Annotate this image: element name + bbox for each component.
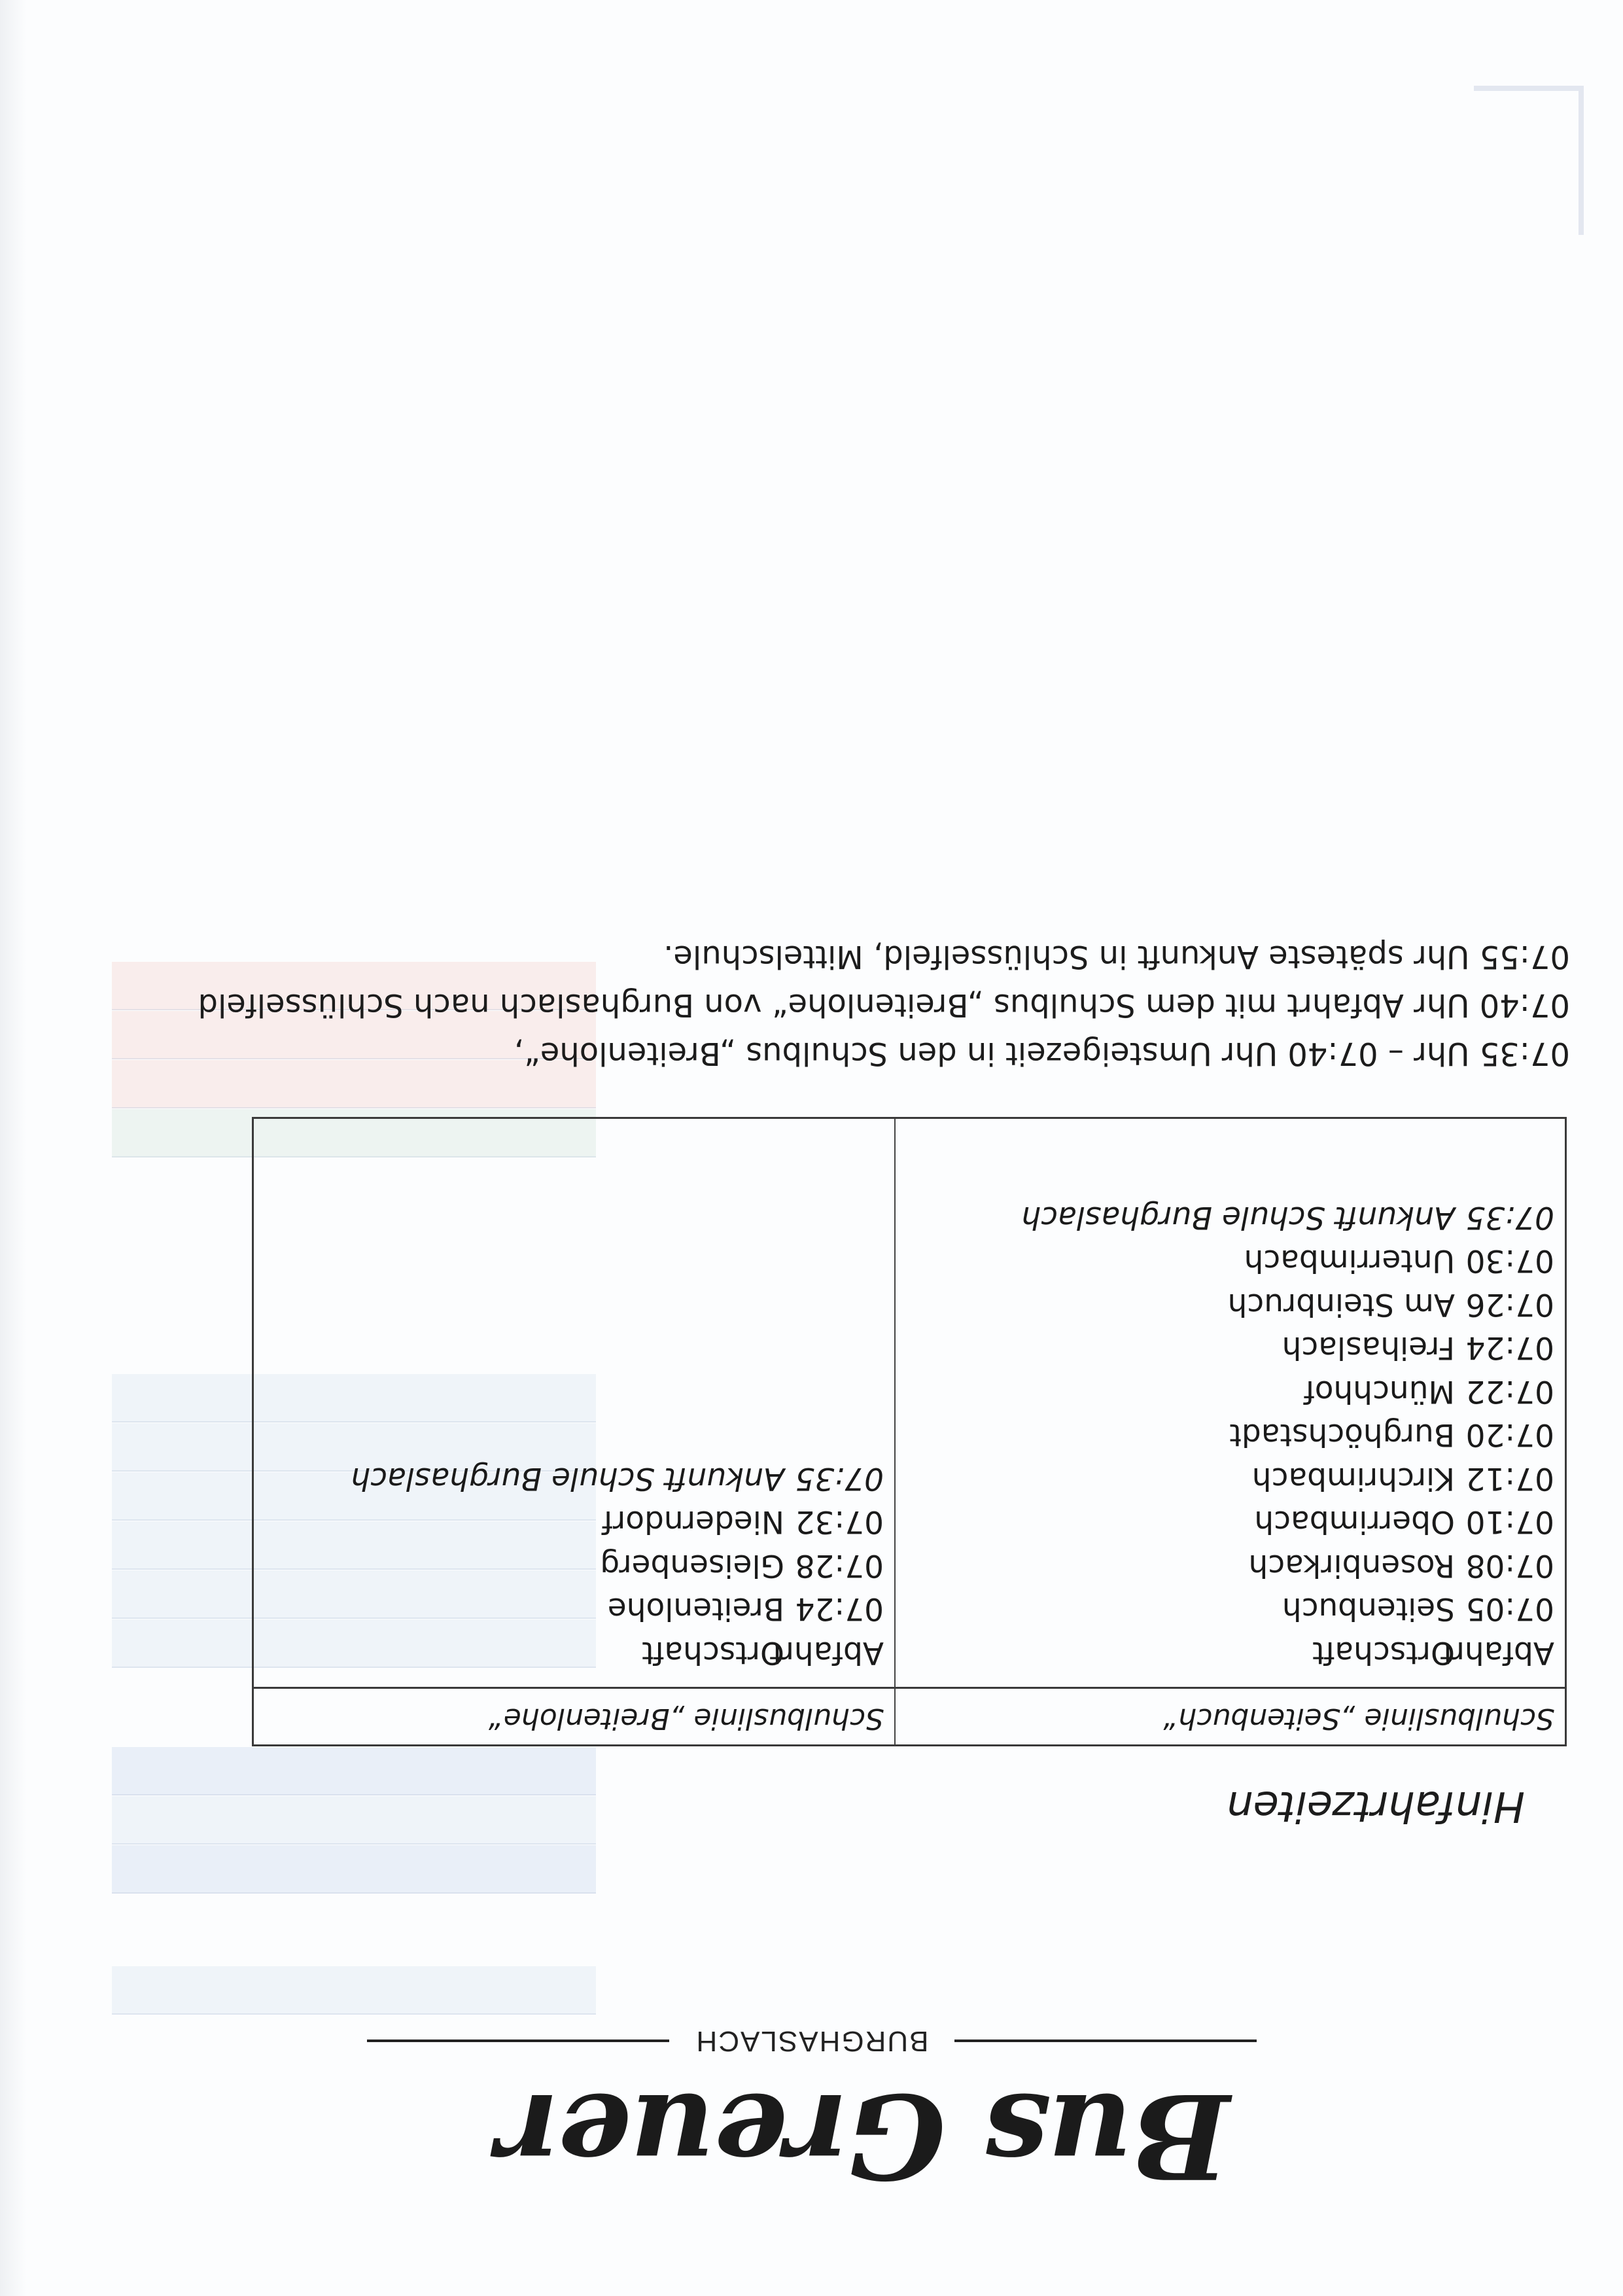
stop-time: 07:28 xyxy=(784,1544,884,1587)
company-logo: Bus Greuer xyxy=(472,2074,1257,2198)
divider-rule xyxy=(367,2040,669,2042)
ghost-rule xyxy=(112,1966,596,2015)
route-title-breitenlohe: Schulbuslinie „Breitenlohe“ xyxy=(254,1687,894,1744)
stop-time: 07:32 xyxy=(784,1500,884,1544)
stop-place: Burghöchstadt xyxy=(1229,1413,1455,1457)
ghost-band xyxy=(112,1796,596,1845)
table-row: 07:08Rosenbirkach xyxy=(896,1544,1554,1587)
table-row: 07:10Oberrimbach xyxy=(896,1500,1554,1544)
stop-time: 07:26 xyxy=(1455,1282,1554,1326)
stop-place: Niederndorf xyxy=(602,1500,784,1544)
note-line: 07:55 Uhr späteste Ankunft in Schlüsself… xyxy=(33,932,1570,981)
table-row: 07:20Burghöchstadt xyxy=(896,1413,1554,1457)
stop-time: 07:05 xyxy=(1455,1587,1554,1631)
route-title-seitenbuch: Schulbuslinie „Seitenbuch“ xyxy=(894,1687,1565,1744)
stop-place: Seitenbuch xyxy=(1282,1587,1455,1631)
section-title: Hinfahrtzeiten xyxy=(1227,1782,1525,1830)
table-row: 07:24Breitenlohe xyxy=(254,1587,884,1631)
scanned-page: Bus Greuer BURGHASLACH Hinfahrtzeiten Sc… xyxy=(0,0,1623,2296)
stop-place: Gleisenberg xyxy=(600,1544,784,1587)
stop-place: Kirchrimbach xyxy=(1252,1457,1455,1500)
table-row: 07:05Seitenbuch xyxy=(896,1587,1554,1631)
arrival-row: 07:35Ankunft Schule Burghaslach xyxy=(896,1195,1554,1239)
stop-place: Rosenbirkach xyxy=(1248,1544,1455,1587)
stop-place: Unterrimbach xyxy=(1244,1239,1455,1282)
arrival-row: 07:35Ankunft Schule Burghaslach xyxy=(254,1457,884,1500)
table-row: 07:24Freihaslach xyxy=(896,1326,1554,1369)
stop-time: 07:08 xyxy=(1455,1544,1554,1587)
ghost-band xyxy=(112,1845,596,1894)
logo-location: BURGHASLACH xyxy=(695,2024,929,2057)
arrival-time: 07:35 xyxy=(784,1457,884,1500)
stop-place: Oberrimbach xyxy=(1254,1500,1455,1544)
stop-time: 07:12 xyxy=(1455,1457,1554,1500)
arrival-time: 07:35 xyxy=(1455,1195,1554,1239)
stop-place: Breitenlohe xyxy=(608,1587,784,1631)
ghost-band xyxy=(112,1747,596,1795)
divider-rule xyxy=(954,2040,1257,2042)
table-row: 07:28Gleisenberg xyxy=(254,1544,884,1587)
ghost-stamp-frame xyxy=(1474,86,1584,235)
table-row: 07:22Münchhof xyxy=(896,1369,1554,1413)
stop-time: 07:24 xyxy=(1455,1326,1554,1369)
stop-time: 07:20 xyxy=(1455,1413,1554,1457)
arrival-place: Ankunft Schule Burghaslach xyxy=(351,1457,784,1500)
table-row: 07:26Am Steinbruch xyxy=(896,1282,1554,1326)
route-breitenlohe-stops: Abfahrt Ortschaft 07:24Breitenlohe 07:28… xyxy=(254,1119,894,1687)
column-header-row: Abfahrt Ortschaft xyxy=(896,1631,1554,1674)
transfer-notes: 07:35 Uhr – 07:40 Uhr Umsteigezeit in de… xyxy=(33,932,1570,1078)
route-seitenbuch-stops: Abfahrt Ortschaft 07:05Seitenbuch 07:08R… xyxy=(894,1119,1565,1687)
column-header-row: Abfahrt Ortschaft xyxy=(254,1631,884,1674)
stop-place: Münchhof xyxy=(1304,1369,1455,1413)
stop-place: Am Steinbruch xyxy=(1228,1282,1455,1326)
stop-time: 07:10 xyxy=(1455,1500,1554,1544)
table-row: 07:32Niederndorf xyxy=(254,1500,884,1544)
column-header-place: Ortschaft xyxy=(642,1631,784,1674)
stop-time: 07:24 xyxy=(784,1587,884,1631)
scan-edge-shadow xyxy=(0,0,26,2296)
stop-time: 07:30 xyxy=(1455,1239,1554,1282)
note-line: 07:40 Uhr Abfahrt mit dem Schulbus „Brei… xyxy=(33,981,1570,1029)
stop-place: Freihaslach xyxy=(1282,1326,1455,1369)
table-row: 07:12Kirchrimbach xyxy=(896,1457,1554,1500)
arrival-place: Ankunft Schule Burghaslach xyxy=(1021,1195,1455,1239)
stop-time: 07:22 xyxy=(1455,1369,1554,1413)
table-row: 07:30Unterrimbach xyxy=(896,1239,1554,1282)
timetable: Schulbuslinie „Seitenbuch“ Schulbuslinie… xyxy=(252,1117,1567,1746)
column-header-place: Ortschaft xyxy=(1312,1631,1455,1674)
note-line: 07:35 Uhr – 07:40 Uhr Umsteigezeit in de… xyxy=(33,1029,1570,1078)
logo-location-line: BURGHASLACH xyxy=(367,2024,1257,2057)
